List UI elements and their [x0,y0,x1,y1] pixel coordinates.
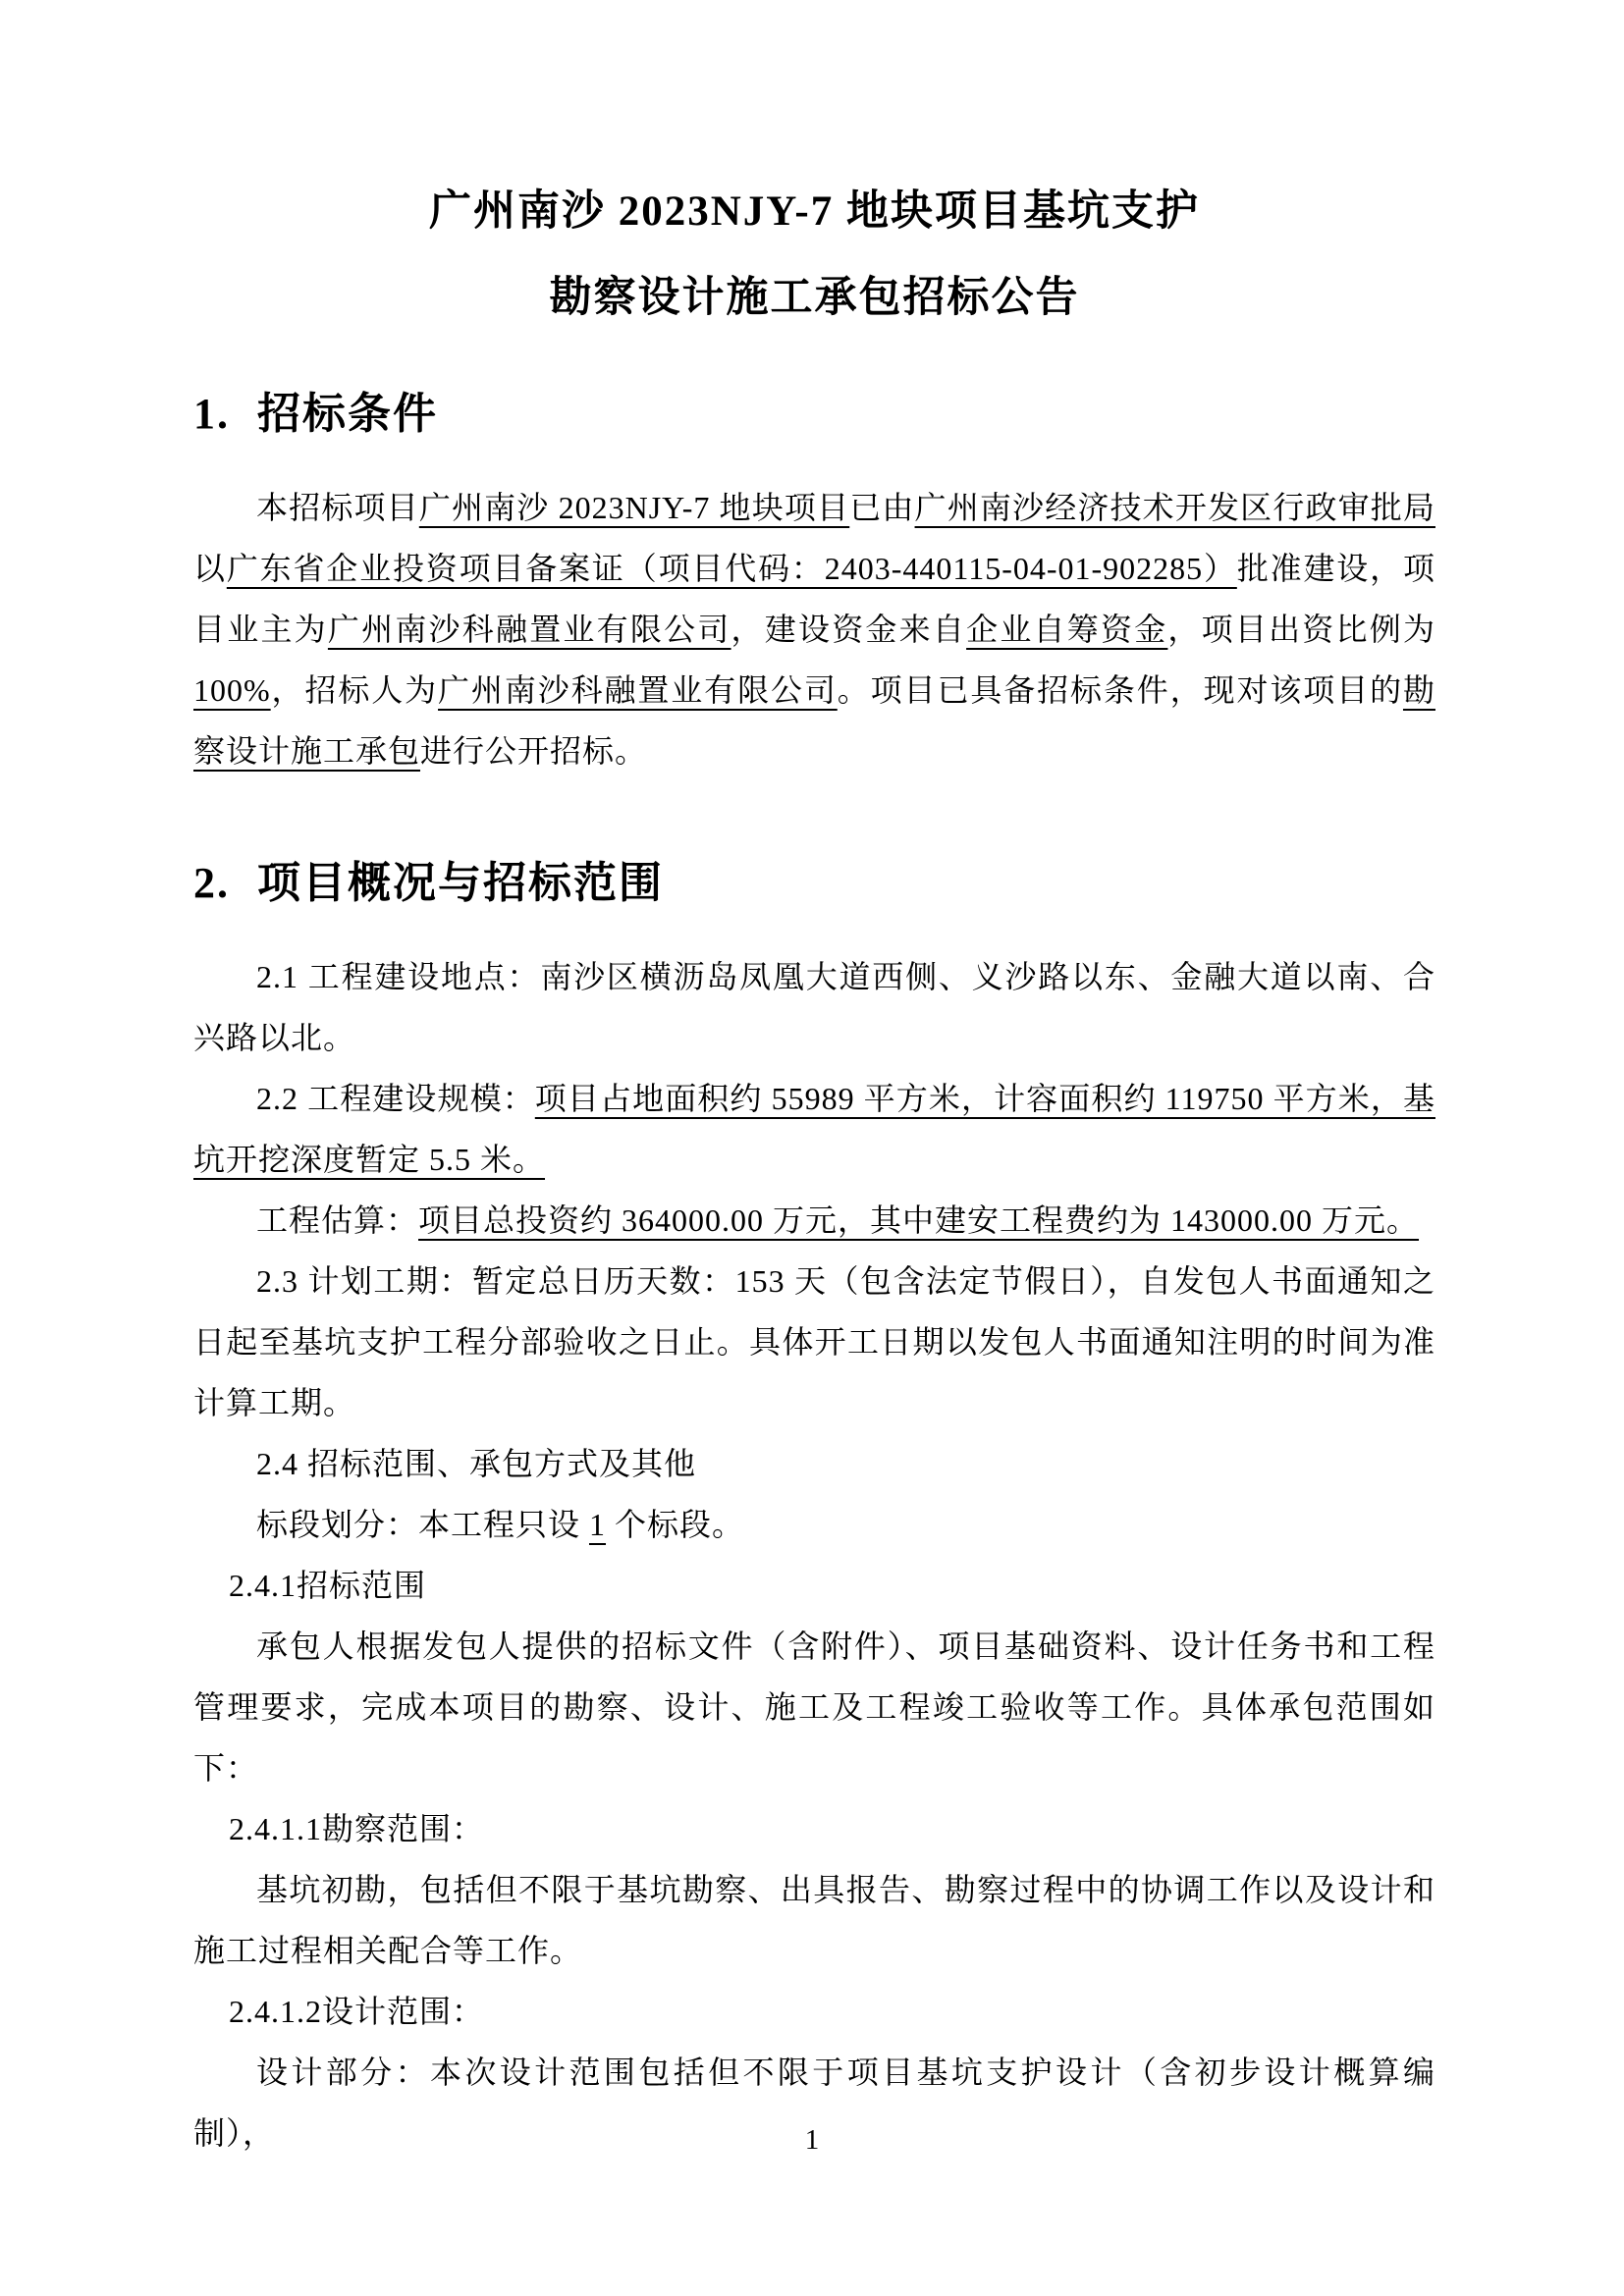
paragraph-2-4-scope-other: 2.4 招标范围、承包方式及其他 [193,1433,1435,1494]
page-number: 1 [0,2123,1624,2157]
paragraph-cost-estimate: 工程估算：项目总投资约 364000.00 万元，其中建安工程费约为 14300… [193,1190,1435,1251]
paragraph-survey-scope: 基坑初勘，包括但不限于基坑勘察、出具报告、勘察过程中的协调工作以及设计和施工过程… [193,1859,1435,1981]
paragraph-contractor-scope: 承包人根据发包人提供的招标文件（含附件）、项目基础资料、设计任务书和工程管理要求… [193,1616,1435,1798]
paragraph-2-4-1-2-design-heading: 2.4.1.2设计范围： [193,1981,1435,2042]
section-1-heading: 1.招标条件 [193,387,1435,442]
section-2-number: 2. [193,859,230,907]
section-1-label: 招标条件 [257,390,438,438]
section-2-heading: 2.项目概况与招标范围 [193,856,1435,911]
document-title-line2: 勘察设计施工承包招标公告 [193,255,1435,342]
section-2-label: 项目概况与招标范围 [257,859,664,907]
document-title-line1: 广州南沙 2023NJY-7 地块项目基坑支护 [193,169,1435,255]
paragraph-2-4-1-tender-scope-heading: 2.4.1招标范围 [193,1555,1435,1616]
document-title: 广州南沙 2023NJY-7 地块项目基坑支护 勘察设计施工承包招标公告 [193,169,1435,342]
paragraph-2-4-1-1-survey-heading: 2.4.1.1勘察范围： [193,1798,1435,1859]
section-1-number: 1. [193,390,230,438]
paragraph-tender-conditions: 本招标项目广州南沙 2023NJY-7 地块项目已由广州南沙经济技术开发区行政审… [193,477,1435,781]
document-page: 广州南沙 2023NJY-7 地块项目基坑支护 勘察设计施工承包招标公告 1.招… [0,0,1624,2296]
paragraph-lot-division: 标段划分：本工程只设 1 个标段。 [193,1494,1435,1555]
paragraph-2-3-schedule: 2.3 计划工期：暂定总日历天数：153 天（包含法定节假日），自发包人书面通知… [193,1251,1435,1433]
paragraph-2-2-scale: 2.2 工程建设规模：项目占地面积约 55989 平方米，计容面积约 11975… [193,1068,1435,1190]
paragraph-2-1-location: 2.1 工程建设地点：南沙区横沥岛凤凰大道西侧、义沙路以东、金融大道以南、合兴路… [193,946,1435,1068]
